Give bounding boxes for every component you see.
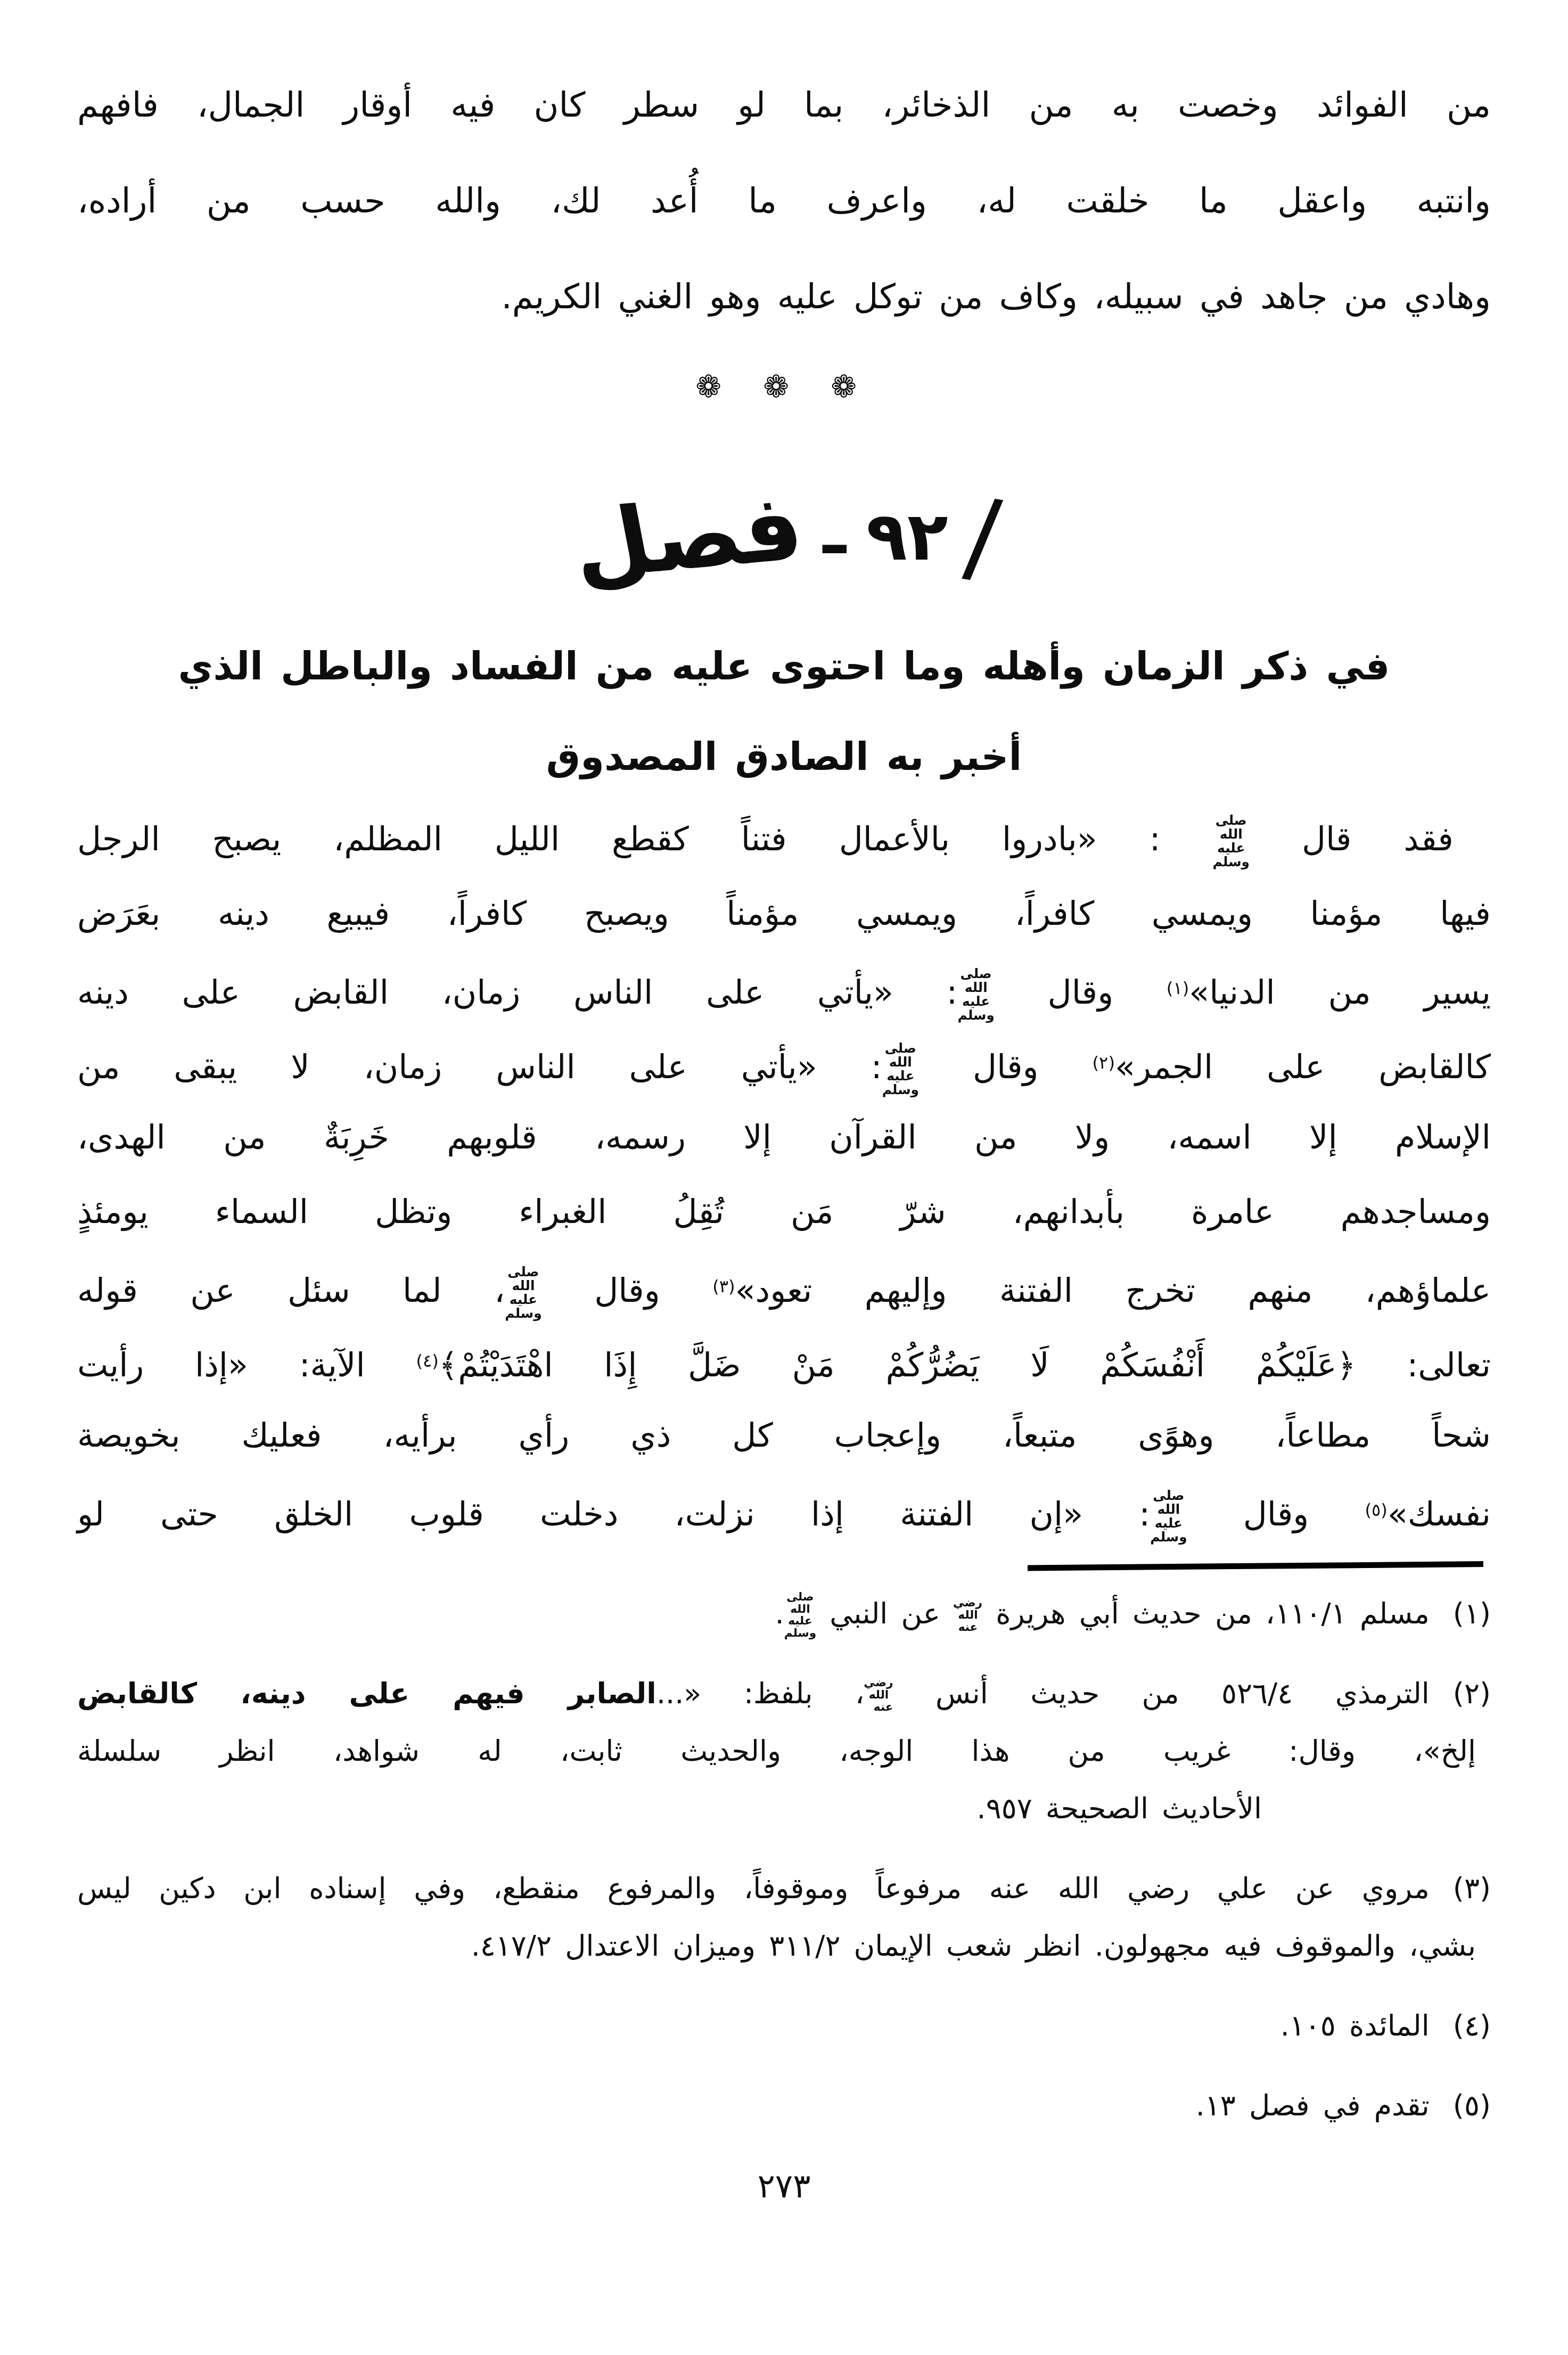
calligraphic-flourish-icon: ∕: [960, 484, 1005, 589]
body-line: تعالى: ﴿عَلَيْكُمْ أَنْفُسَكُمْ لَا يَضُ…: [77, 1324, 1491, 1398]
body-line: الإسلام إلا اسمه، ولا من القرآن إلا رسمه…: [77, 1100, 1491, 1175]
body-line: نفسك»(٥) وقال صلى الله عليه وسلم: «إن ال…: [77, 1473, 1491, 1547]
radiallahu-anhu-symbol: رضي الله عنه: [864, 1677, 893, 1713]
subtitle-line: أخبر به الصادق المصدوق: [77, 711, 1491, 802]
quoted-hadith-text: الصابر فيهم على دينه، كالقابض: [77, 1677, 656, 1710]
footnote-line: الأحاديث الصحيحة ٩٥٧.: [77, 1780, 1491, 1837]
text-line: وانتبه واعقل ما خلقت له، واعرف ما أُعد ل…: [77, 153, 1491, 249]
footnote-1: (١)مسلم ١١٠/١، من حديث أبي هريرة رضي الل…: [77, 1585, 1491, 1643]
footnote-number: (٥): [1453, 2089, 1491, 2122]
page-number: ٢٧٣: [77, 2167, 1491, 2205]
body-text: وقال: [995, 973, 1167, 1012]
footnote-text: .: [775, 1597, 784, 1630]
body-text: فقد قال: [1250, 819, 1454, 858]
footnote-text: مروي عن علي رضي الله عنه مرفوعاً وموقوفا…: [77, 1872, 1430, 1905]
footnote-4: (٤)المائدة ١٠٥.: [77, 1997, 1491, 2055]
pbuh-symbol: صلى الله عليه وسلم: [957, 967, 994, 1022]
text-line: وهادي من جاهد في سبيله، وكاف من توكل علي…: [77, 249, 1491, 345]
footnote-line: (٤)المائدة ١٠٥.: [77, 1997, 1491, 2055]
quran-verse: تعالى: ﴿عَلَيْكُمْ أَنْفُسَكُمْ لَا يَضُ…: [439, 1345, 1491, 1384]
footnote-line: (١)مسلم ١١٠/١، من حديث أبي هريرة رضي الل…: [77, 1585, 1491, 1643]
footnote-separator: [1028, 1561, 1483, 1571]
chapter-dash: ـ: [823, 497, 846, 564]
pbuh-symbol: صلى الله عليه وسلم: [1213, 814, 1250, 869]
body-line: شحاً مطاعاً، وهوًى متبعاً، وإعجاب كل ذي …: [77, 1398, 1491, 1473]
footnote-text: تقدم في فصل ١٣.: [1196, 2089, 1430, 2122]
footnote-line: (٢)الترمذي ٥٢٦/٤ من حديث أنس رضي الله عن…: [77, 1665, 1491, 1722]
body-line: علماؤهم، منهم تخرج الفتنة وإليهم تعود»(٣…: [77, 1249, 1491, 1324]
footnote-text: مسلم ١١٠/١، من حديث أبي هريرة: [982, 1597, 1430, 1630]
body-text: يسير من الدنيا»: [1189, 973, 1491, 1012]
footnote-text: المائدة ١٠٥.: [1280, 2009, 1430, 2042]
footnotes: (١)مسلم ١١٠/١، من حديث أبي هريرة رضي الل…: [77, 1585, 1491, 2135]
body-text: ، لما سئل عن قوله: [77, 1271, 505, 1310]
body-text: : «يأتي على الناس زمان، لا يبقى من: [77, 1047, 882, 1086]
footnote-ref: (٥): [1365, 1500, 1387, 1520]
body-line: فقد قال صلى الله عليه وسلم : «بادروا بال…: [77, 802, 1491, 876]
text-line: من الفوائد وخصت به من الذخائر، بما لو سط…: [77, 58, 1491, 153]
footnote-ref: (٤): [416, 1351, 438, 1371]
body-text: كالقابض على الجمر»: [1115, 1047, 1491, 1086]
footnote-ref: (٣): [712, 1276, 735, 1297]
body-text: : «إن الفتنة إذا نزلت، دخلت قلوب الخلق ح…: [77, 1495, 1150, 1533]
footnote-5: (٥)تقدم في فصل ١٣.: [77, 2077, 1491, 2135]
chapter-number: ٩٢: [866, 503, 948, 570]
book-page: من الفوائد وخصت به من الذخائر، بما لو سط…: [0, 0, 1568, 2355]
body-text: الآية: «إذا رأيت: [77, 1345, 416, 1384]
body-line: ومساجدهم عامرة بأبدانهم، شرّ مَن تُقِلُ …: [77, 1175, 1491, 1249]
footnote-text: الترمذي ٥٢٦/٤ من حديث أنس: [893, 1677, 1429, 1710]
footnote-ref: (٢): [1093, 1053, 1115, 1073]
body-text: وقال: [542, 1271, 713, 1310]
pbuh-symbol: صلى الله عليه وسلم: [1150, 1489, 1187, 1544]
footnote-line: (٣)مروي عن علي رضي الله عنه مرفوعاً وموق…: [77, 1860, 1491, 1917]
footnote-2: (٢)الترمذي ٥٢٦/٤ من حديث أنس رضي الله عن…: [77, 1665, 1491, 1837]
chapter-heading: ∕ ٩٢ ـ فصل: [77, 480, 1491, 593]
footnote-number: (١): [1453, 1597, 1491, 1630]
body: فقد قال صلى الله عليه وسلم : «بادروا بال…: [77, 802, 1491, 1547]
pbuh-symbol: صلى الله عليه وسلم: [505, 1265, 541, 1320]
chapter-subtitle: في ذكر الزمان وأهله وما احتوى عليه من ال…: [77, 621, 1491, 802]
body-text: : «بادروا بالأعمال فتناً كقطع الليل المظ…: [77, 819, 1213, 858]
footnote-line: بشي، والموقوف فيه مجهولون. انظر شعب الإي…: [77, 1917, 1491, 1975]
pbuh-symbol: صلى الله عليه وسلم: [882, 1041, 919, 1097]
chapter-title-word: فصل: [564, 481, 810, 592]
footnote-text: ، بلفظ: «...: [656, 1677, 865, 1710]
body-line: فيها مؤمنا ويمسي كافراً، ويمسي مؤمناً وي…: [77, 876, 1491, 951]
body-text: وقال: [1187, 1495, 1365, 1533]
body-line: يسير من الدنيا»(١) وقال صلى الله عليه وس…: [77, 951, 1491, 1025]
body-text: وقال: [919, 1047, 1092, 1086]
footnote-number: (٣): [1453, 1872, 1491, 1905]
footnote-line: (٥)تقدم في فصل ١٣.: [77, 2077, 1491, 2135]
body-line: كالقابض على الجمر»(٢) وقال صلى الله عليه…: [77, 1025, 1491, 1100]
footnote-ref: (١): [1167, 978, 1189, 998]
body-text: : «يأتي على الناس زمان، القابض على دينه: [77, 973, 957, 1012]
radiallahu-anhu-symbol: رضي الله عنه: [954, 1597, 982, 1634]
footnote-number: (٢): [1453, 1677, 1491, 1710]
footnote-text: عن النبي: [816, 1597, 954, 1630]
footnote-number: (٤): [1453, 2009, 1491, 2042]
footnote-3: (٣)مروي عن علي رضي الله عنه مرفوعاً وموق…: [77, 1860, 1491, 1975]
body-text: نفسك»: [1388, 1495, 1491, 1533]
flower-ornament-icon: ❁ ❁ ❁: [77, 361, 1491, 412]
body-text: علماؤهم، منهم تخرج الفتنة وإليهم تعود»: [735, 1271, 1491, 1310]
subtitle-line: في ذكر الزمان وأهله وما احتوى عليه من ال…: [77, 621, 1491, 711]
pbuh-symbol: صلى الله عليه وسلم: [784, 1591, 816, 1640]
page-content: من الفوائد وخصت به من الذخائر، بما لو سط…: [0, 0, 1568, 2205]
opening-paragraph: من الفوائد وخصت به من الذخائر، بما لو سط…: [77, 0, 1491, 345]
footnote-line: إلخ»، وقال: غريب من هذا الوجه، والحديث ث…: [77, 1722, 1491, 1780]
